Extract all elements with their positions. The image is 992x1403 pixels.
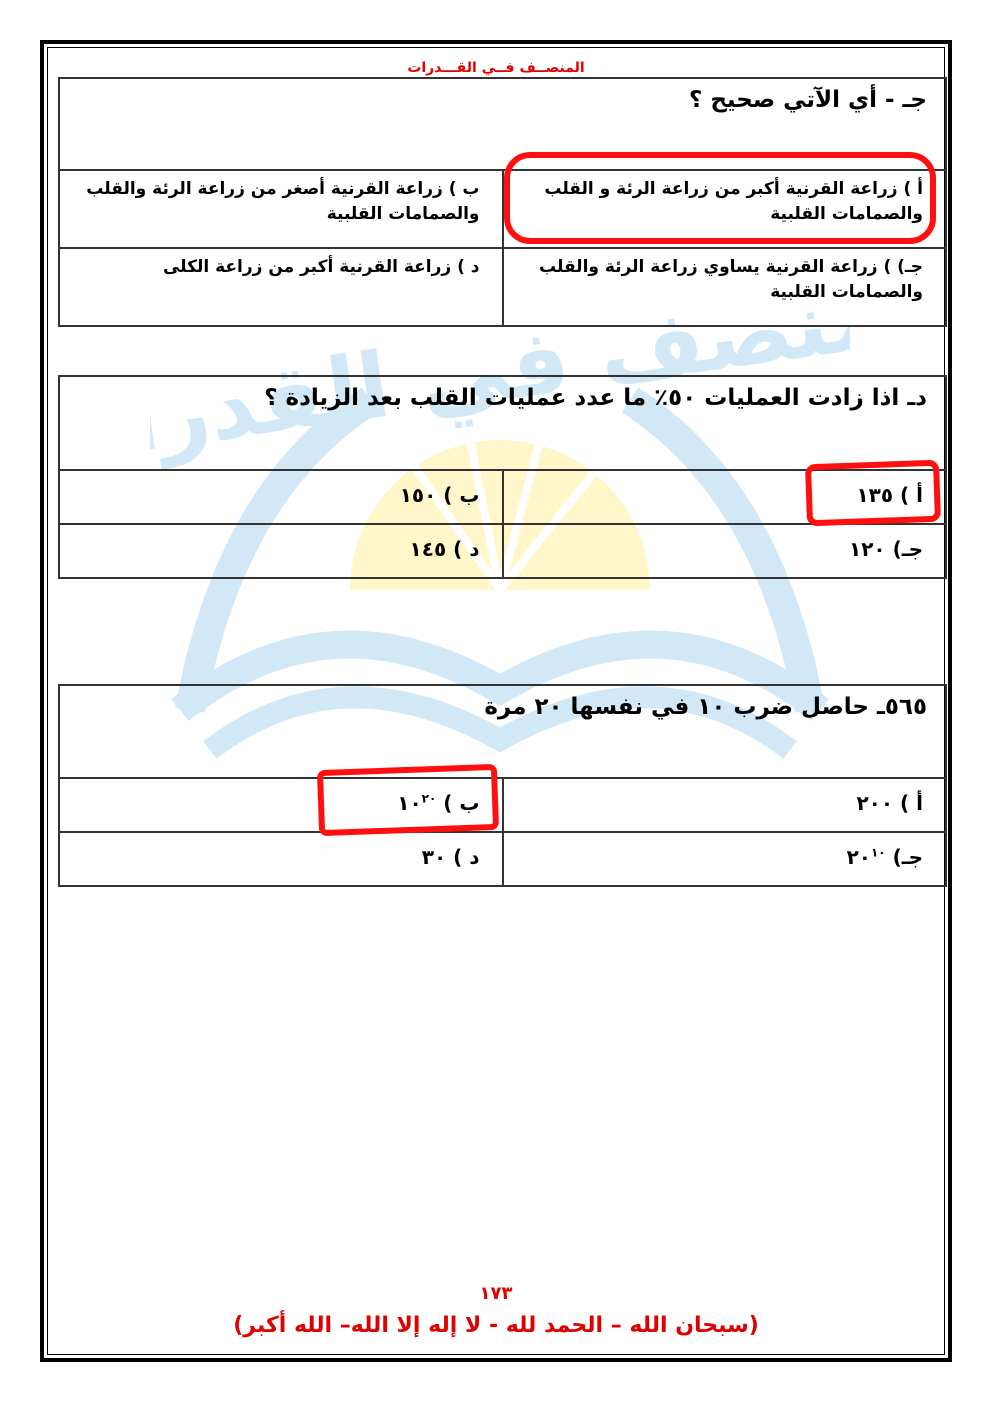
option-letter: جـ)	[893, 845, 923, 869]
header-title: المنصــف فــي القـــدرات	[0, 60, 992, 76]
option-c[interactable]: جـ) ) زراعة القرنية يساوي زراعة الرئة وا…	[503, 248, 947, 326]
option-b[interactable]: ب ) ١٥٠	[59, 470, 503, 524]
option-letter: د )	[453, 845, 479, 869]
option-text: ٣٠	[422, 845, 446, 869]
option-letter: جـ) )	[883, 257, 923, 277]
option-text: زراعة القرنية أكبر من زراعة الكلى	[163, 257, 451, 277]
page-number: ١٧٣	[0, 1283, 992, 1304]
option-letter: أ )	[900, 791, 923, 815]
question-label: دـ اذا زادت العمليات ٥٠٪ ما عدد عمليات ا…	[59, 376, 946, 470]
option-b[interactable]: ب ) زراعة القرنية أصغر من زراعة الرئة وا…	[59, 170, 503, 248]
option-a[interactable]: أ ) ١٣٥	[503, 470, 947, 524]
question-table-3: ٥٦٥ـ حاصل ضرب ١٠ في نفسها ٢٠ مرة أ ) ٢٠٠…	[58, 684, 947, 887]
option-text: ٢٠٠	[856, 791, 893, 815]
option-a[interactable]: أ ) ٢٠٠	[503, 778, 947, 832]
option-text: ١٥٠	[400, 483, 437, 507]
option-d[interactable]: د ) زراعة القرنية أكبر من زراعة الكلى	[59, 248, 503, 326]
question-table-1: جـ - أي الآتي صحيح ؟ أ ) زراعة القرنية أ…	[58, 77, 947, 327]
option-d[interactable]: د ) ١٤٥	[59, 524, 503, 578]
option-letter: د )	[457, 257, 479, 277]
option-letter: أ )	[900, 483, 923, 507]
option-letter: ب )	[449, 179, 480, 199]
option-c[interactable]: جـ) ٢٠١٠	[503, 832, 947, 886]
option-letter: أ )	[903, 179, 923, 199]
option-letter: ب )	[443, 483, 479, 507]
option-letter: جـ)	[893, 537, 923, 561]
option-d[interactable]: د ) ٣٠	[59, 832, 503, 886]
option-letter: ب )	[443, 791, 479, 815]
option-letter: د )	[453, 537, 479, 561]
option-c[interactable]: جـ) ١٢٠	[503, 524, 947, 578]
question-table-2: دـ اذا زادت العمليات ٥٠٪ ما عدد عمليات ا…	[58, 375, 947, 579]
footer-dhikr: (سبحان الله – الحمد لله - لا إله إلا الل…	[0, 1313, 992, 1338]
option-text: ١٠	[397, 791, 421, 815]
question-label: ٥٦٥ـ حاصل ضرب ١٠ في نفسها ٢٠ مرة	[59, 685, 946, 778]
option-b[interactable]: ب ) ١٠٢٠	[59, 778, 503, 832]
option-text: ١٣٥	[856, 483, 893, 507]
option-text: زراعة القرنية أكبر من زراعة الرئة و القل…	[544, 179, 923, 224]
option-exponent: ٢٠	[422, 791, 437, 805]
option-text: زراعة القرنية أصغر من زراعة الرئة والقلب…	[86, 179, 479, 224]
option-text: ١٤٥	[410, 537, 447, 561]
option-exponent: ١٠	[871, 845, 886, 859]
question-label: جـ - أي الآتي صحيح ؟	[59, 78, 946, 170]
option-text: ٢٠	[847, 845, 871, 869]
option-a[interactable]: أ ) زراعة القرنية أكبر من زراعة الرئة و …	[503, 170, 947, 248]
option-text: ١٢٠	[849, 537, 886, 561]
option-text: زراعة القرنية يساوي زراعة الرئة والقلب و…	[539, 257, 923, 302]
